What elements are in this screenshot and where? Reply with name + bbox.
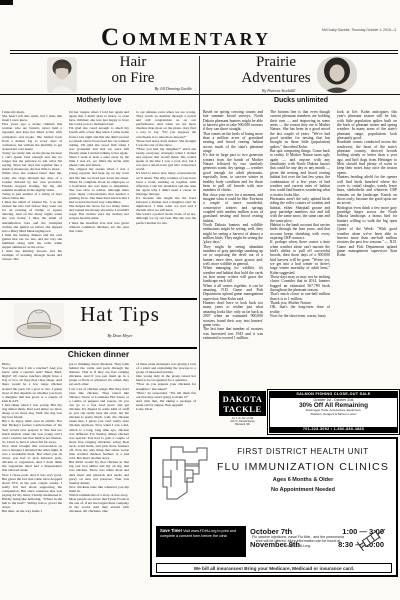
article-title: Prairie Adventures bbox=[220, 54, 332, 86]
flu-ad-ages: Ages 6 Months & Older bbox=[210, 477, 396, 483]
text-column: Based on spring crowing counts and late … bbox=[203, 110, 263, 389]
insurance-billing-note: We bill all insurances! Bring your Medic… bbox=[156, 563, 392, 573]
dakota-tackle-sale-box: SALMON FISHING CLOSE-OUT SALE October 1s… bbox=[269, 391, 398, 433]
page-edge-mark bbox=[0, 0, 13, 5]
subhead-ducks-unlimited: Ducks unlimited bbox=[202, 97, 400, 104]
columnist-photo-patricia bbox=[317, 56, 357, 93]
save-time-title: Save Time! bbox=[160, 528, 182, 533]
double-rule bbox=[10, 50, 398, 54]
article-title-line2: on Fire bbox=[78, 70, 188, 86]
flu-ad-bottom-row: Save Time! Visit www.FDHU.org to print a… bbox=[156, 525, 392, 558]
text-column: got to thinking about chickens. They wal… bbox=[69, 362, 129, 560]
health-unit-name: FIRST DISTRICT HEALTH UNIT bbox=[210, 447, 396, 456]
article-title-line2: Adventures bbox=[220, 70, 332, 86]
nd-county-map-graphic bbox=[157, 444, 211, 502]
article-title-line1: Hair bbox=[78, 54, 188, 70]
section-title: Commentary bbox=[0, 24, 400, 52]
article-byline: By Dean Meyer bbox=[55, 333, 185, 338]
article-body-prairie-adventures: Based on spring crowing counts and late … bbox=[203, 110, 398, 389]
flu-ad-title: FLU IMMUNIZATION CLINICS bbox=[210, 461, 396, 473]
text-column: The bottom line is that even though curr… bbox=[270, 110, 330, 389]
flu-ad-appointment: No Appointment Needed bbox=[210, 487, 396, 493]
text-column: bit her tongue when I told her again and… bbox=[69, 110, 129, 294]
text-column: look at life. Kohn anticipates this year… bbox=[337, 110, 397, 389]
address-line: Bismarck, ND bbox=[219, 423, 266, 426]
header-rule bbox=[0, 94, 400, 95]
dakota-tackle-logo: DAKOTA TACKLE bbox=[219, 391, 266, 416]
subhead-motherly-love: Motherly love bbox=[0, 97, 198, 104]
save-time-box: Save Time! Visit www.FDHU.org to print a… bbox=[156, 526, 246, 557]
logo-line1: DAKOTA bbox=[219, 394, 266, 404]
dakota-tackle-logo-block: DAKOTA TACKLE Jct. 1 mi. No. of I-94 Joh… bbox=[219, 391, 266, 433]
dakota-tackle-ad: DAKOTA TACKLE Jct. 1 mi. No. of I-94 Joh… bbox=[219, 391, 398, 433]
article-header-hat-tips: Hat Tips By Dean Meyer bbox=[0, 298, 197, 349]
sale-phone-bar: 701-223-3092 • 1-800-880-4885 bbox=[270, 427, 397, 433]
article-header-hair-on-fire: Hair on Fire By Jill Denning Gackle bbox=[0, 55, 198, 94]
article-title-line1: Prairie bbox=[220, 54, 332, 70]
article-byline: By Patricia Stockdill bbox=[262, 88, 295, 93]
text-column: Hello, You know that I am a rancher? And… bbox=[2, 362, 62, 560]
article-title: Hat Tips bbox=[55, 302, 185, 327]
subhead-chicken-dinner: Chicken dinner bbox=[0, 349, 197, 359]
syringe-icon bbox=[350, 524, 392, 559]
columnist-photo-jill bbox=[47, 57, 77, 93]
article-header-prairie-adventures: Prairie Adventures By Patricia Stockdill bbox=[202, 55, 400, 94]
article-title: Hair on Fire bbox=[78, 54, 188, 86]
logo-line2: TACKLE bbox=[219, 404, 266, 414]
flu-ad-header: FIRST DISTRICT HEALTH UNIT FLU IMMUNIZAT… bbox=[210, 439, 396, 493]
article-body-hair-on-fire: I miss my mom. She hasn't left this eart… bbox=[2, 110, 197, 294]
column-divider bbox=[199, 56, 200, 390]
sale-items-line2: Flashers, Dodgers & Salmon Lures! bbox=[270, 413, 397, 417]
text-column: I miss my mom. She hasn't left this eart… bbox=[2, 110, 62, 294]
dakota-tackle-address: Jct. 1 mi. No. of I-94 John C. Danard Ex… bbox=[219, 417, 266, 427]
newspaper-page: McClusky Gazette, Thursday October 1, 20… bbox=[0, 0, 400, 600]
article-byline: By Jill Denning Gackle bbox=[155, 86, 192, 91]
flu-vaccine-info: Flu vaccine injections, nasal Flu Mist ,… bbox=[250, 535, 346, 548]
flu-clinic-ad: FIRST DISTRICT HEALTH UNIT FLU IMMUNIZAT… bbox=[150, 437, 398, 577]
text-column: to our defense even when we are wrong. T… bbox=[136, 110, 196, 294]
